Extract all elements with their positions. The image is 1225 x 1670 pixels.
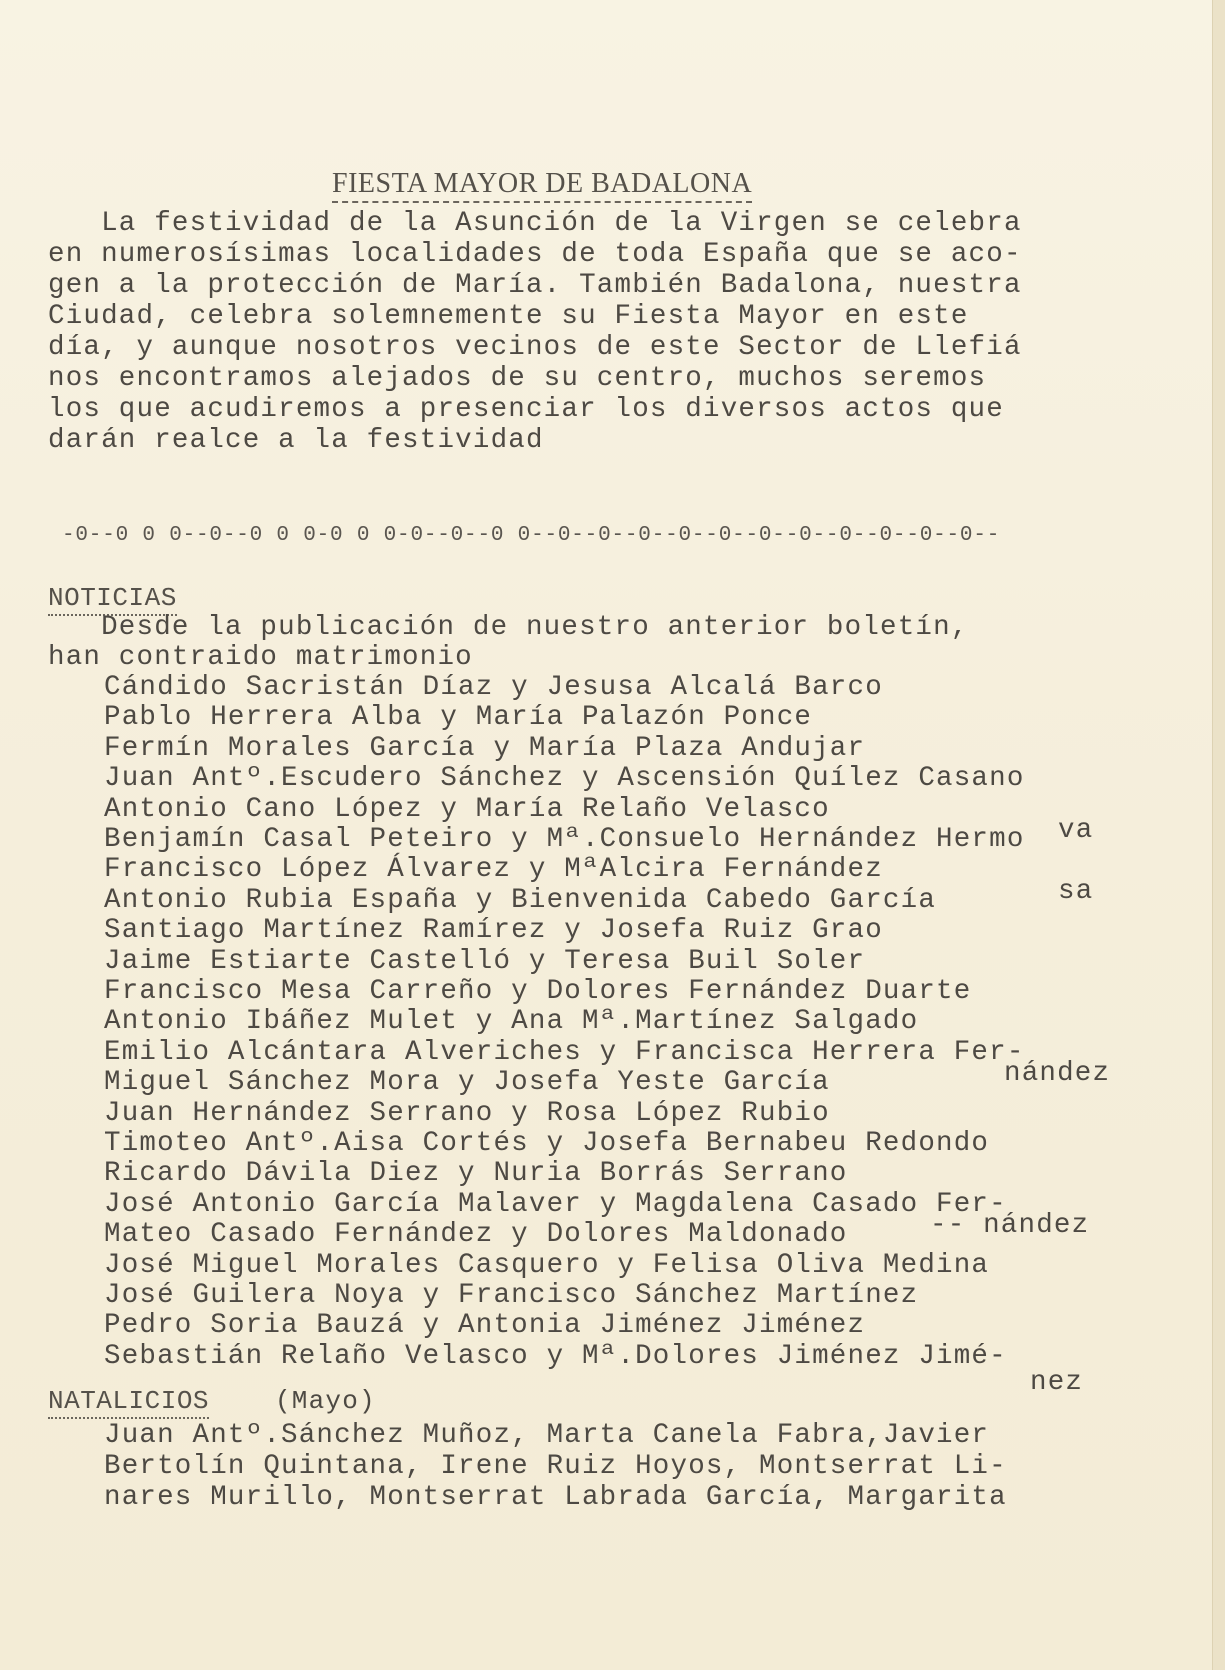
- list-item: Sebastián Relaño Velasco y Mª.Dolores Ji…: [104, 1341, 1007, 1373]
- margin-note: sa: [1058, 876, 1093, 908]
- list-item: Juan Hernández Serrano y Rosa López Rubi…: [104, 1098, 830, 1130]
- paragraph-line: Desde la publicación de nuestro anterior…: [48, 612, 969, 644]
- list-item: José Miguel Morales Casquero y Felisa Ol…: [104, 1250, 989, 1282]
- natalicios-heading: NATALICIOS: [48, 1385, 209, 1419]
- paragraph-line: día, y aunque nosotros vecinos de este S…: [48, 332, 1022, 364]
- margin-note: nez: [1030, 1367, 1083, 1399]
- paragraph-line: nos encontramos alejados de su centro, m…: [48, 363, 986, 395]
- paragraph-line: darán realce a la festividad: [48, 425, 544, 457]
- list-item: Fermín Morales García y María Plaza Andu…: [104, 733, 865, 765]
- margin-note: va: [1058, 815, 1093, 847]
- paragraph-line: en numerosísimas localidades de toda Esp…: [48, 239, 1022, 271]
- list-item: Cándido Sacristán Díaz y Jesusa Alcalá B…: [104, 672, 883, 704]
- list-item: Emilio Alcántara Alveriches y Francisca …: [104, 1037, 1025, 1069]
- list-item: Antonio Cano López y María Relaño Velasc…: [104, 794, 830, 826]
- list-item: Jaime Estiarte Castelló y Teresa Buil So…: [104, 946, 865, 978]
- list-item: José Antonio García Malaver y Magdalena …: [104, 1189, 1007, 1221]
- list-item: Bertolín Quintana, Irene Ruiz Hoyos, Mon…: [104, 1451, 1007, 1483]
- paragraph-line: La festividad de la Asunción de la Virge…: [48, 208, 1022, 240]
- list-item: Antonio Rubia España y Bienvenida Cabedo…: [104, 885, 936, 917]
- paragraph-line: los que acudiremos a presenciar los dive…: [48, 394, 1004, 426]
- list-item: Benjamín Casal Peteiro y Mª.Consuelo Her…: [104, 824, 1025, 856]
- list-item: Francisco Mesa Carreño y Dolores Fernánd…: [104, 976, 971, 1008]
- natalicios-month: (Mayo): [275, 1385, 376, 1417]
- list-item: Ricardo Dávila Diez y Nuria Borrás Serra…: [104, 1158, 848, 1190]
- list-item: Santiago Martínez Ramírez y Josefa Ruiz …: [104, 915, 883, 947]
- list-item: Juan Antº.Sánchez Muñoz, Marta Canela Fa…: [104, 1420, 989, 1452]
- noticias-heading: NOTICIAS: [48, 582, 177, 616]
- list-item: Antonio Ibáñez Mulet y Ana Mª.Martínez S…: [104, 1006, 918, 1038]
- paragraph-line: Ciudad, celebra solemnemente su Fiesta M…: [48, 301, 969, 333]
- separator-line: -0--0 0 0--0--0 0 0-0 0 0-0--0--0 0--0--…: [62, 524, 1000, 547]
- list-item: Mateo Casado Fernández y Dolores Maldona…: [104, 1219, 848, 1251]
- list-item: Juan Antº.Escudero Sánchez y Ascensión Q…: [104, 763, 1025, 795]
- paragraph-line: han contraido matrimonio: [48, 642, 473, 674]
- paper-edge: [1212, 0, 1225, 1670]
- list-item: Timoteo Antº.Aisa Cortés y Josefa Bernab…: [104, 1128, 989, 1160]
- margin-note: nández: [1004, 1058, 1110, 1090]
- paragraph-line: gen a la protección de María. También Ba…: [48, 270, 1022, 302]
- list-item: Francisco López Álvarez y MªAlcira Ferná…: [104, 854, 883, 886]
- list-item: José Guilera Noya y Francisco Sánchez Ma…: [104, 1280, 918, 1312]
- list-item: Pablo Herrera Alba y María Palazón Ponce: [104, 702, 812, 734]
- list-item: nares Murillo, Montserrat Labrada García…: [104, 1482, 1007, 1514]
- list-item: Miguel Sánchez Mora y Josefa Yeste Garcí…: [104, 1067, 830, 1099]
- list-item: Pedro Soria Bauzá y Antonia Jiménez Jimé…: [104, 1310, 865, 1342]
- margin-note: -- nández: [930, 1210, 1089, 1242]
- document-title: FIESTA MAYOR DE BADALONA: [332, 168, 752, 203]
